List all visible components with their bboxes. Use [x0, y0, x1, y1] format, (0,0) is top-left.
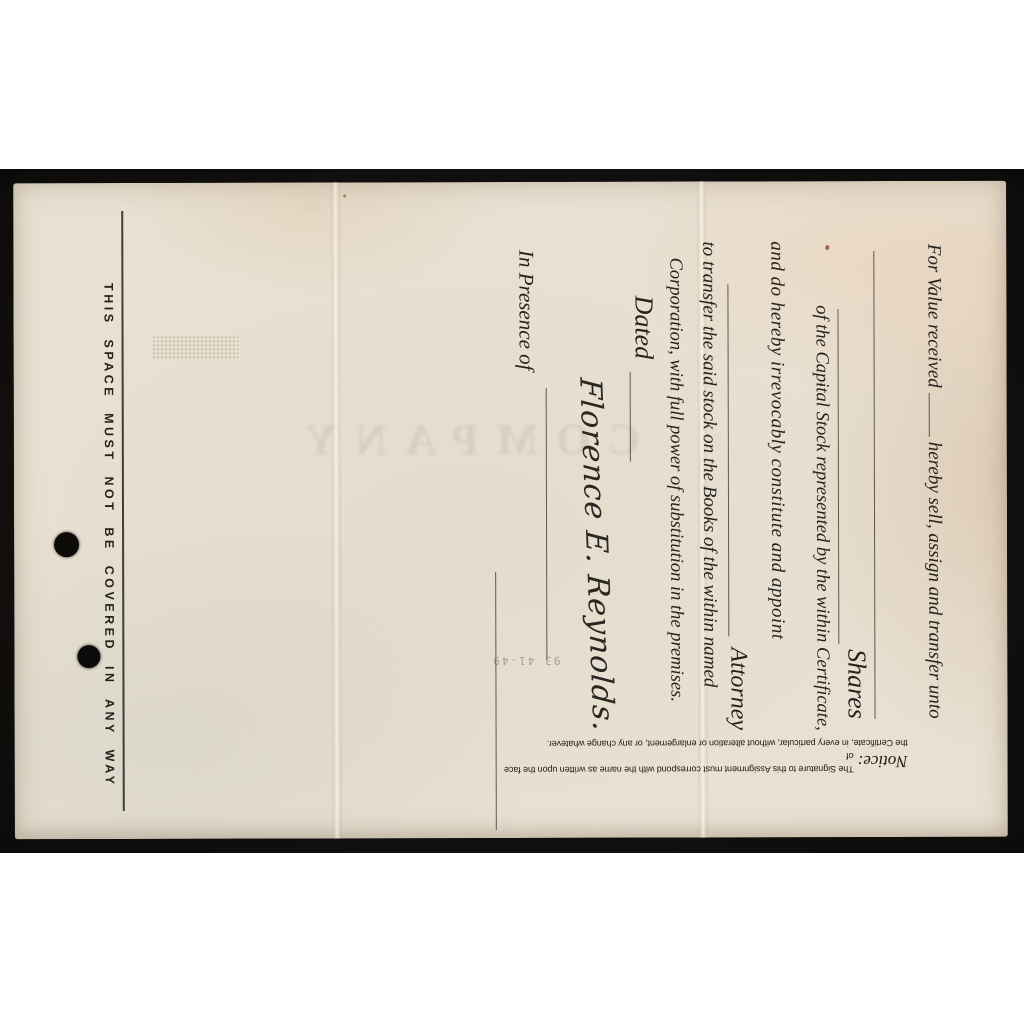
shares-word: Shares: [841, 649, 871, 719]
dated-word: Dated: [628, 296, 658, 360]
dated-rule-line: [630, 372, 631, 462]
punch-hole-bottom: [77, 645, 100, 668]
value-received-rest: hereby sell, assign and transfer unto: [924, 442, 946, 719]
notice-label: Notice:: [858, 751, 908, 771]
rust-speck: [343, 194, 346, 197]
corporation-line: Corporation, with full power of substitu…: [664, 258, 686, 702]
constitute-line: and do hereby irrevocably constitute and…: [765, 241, 788, 639]
perforated-stamp-impression: [153, 336, 239, 360]
in-presence-of-word: In Presence of: [513, 250, 538, 371]
handwritten-signature: Florence E. Reynolds.: [572, 377, 619, 689]
side-caption: THIS SPACE MUST NOT BE COVERED IN ANY WA…: [87, 283, 116, 778]
capital-stock-line: of the Capital Stock represented by the …: [810, 305, 832, 731]
attorney-word: Attorney: [724, 647, 751, 730]
value-received-lead: For Value received: [923, 244, 944, 388]
transfer-line: to transfer the said stock on the Books …: [697, 241, 720, 687]
blank-rule-line: [873, 251, 875, 719]
pencil-notation: 93 41-49: [470, 654, 560, 667]
fold-crease-left: [331, 182, 342, 838]
notice-block-upside-down: Notice: The Signature to this Assignment…: [496, 735, 908, 776]
notice-line2: the Certificate, in every particular, wi…: [496, 736, 908, 750]
fill-line: [929, 393, 944, 437]
side-caption-rule: [121, 211, 125, 811]
signature-rule-line: [546, 388, 548, 660]
witness-rule-line: [495, 572, 497, 830]
punch-hole-top: [54, 532, 79, 557]
attorney-rule-line: [727, 284, 729, 636]
certificate-back-paper: COMPANY THIS SPACE MUST NOT BE COVERED I…: [13, 181, 1008, 840]
blank-rule-line: [837, 309, 839, 644]
value-received-line: For Value receivedhereby sell, assign an…: [922, 244, 945, 719]
notice-line1: The Signature to this Assignment must co…: [496, 749, 908, 776]
